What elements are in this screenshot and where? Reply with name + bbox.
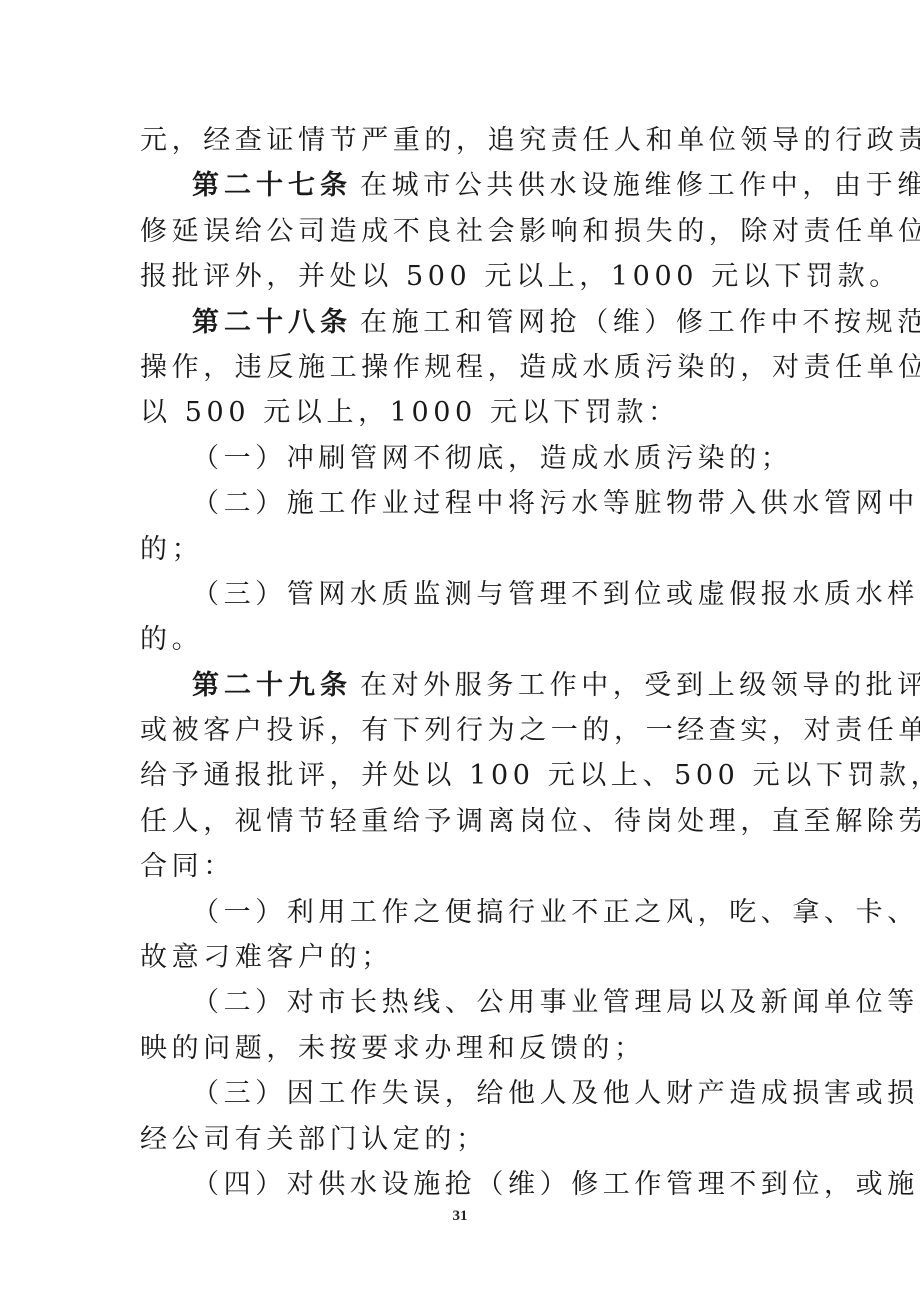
list-item: （一）利用工作之便搞行业不正之风，吃、拿、卡、要， <box>140 890 785 935</box>
text-line: 任人，视情节轻重给予调离岗位、待岗处理，直至解除劳动 <box>140 799 785 844</box>
article-text: 在对外服务工作中，受到上级领导的批评 <box>360 670 920 701</box>
text-line: 映的问题，未按要求办理和反馈的； <box>140 1026 785 1071</box>
article-text: 在城市公共供水设施维修工作中，由于维 <box>360 170 920 201</box>
article-text: 在施工和管网抢（维）修工作中不按规范 <box>360 307 920 338</box>
article-number: 第二十七条 <box>192 170 352 201</box>
text-line: 经公司有关部门认定的； <box>140 1117 785 1162</box>
text-line: 修延误给公司造成不良社会影响和损失的，除对责任单位通 <box>140 209 785 254</box>
article-27-line: 第二十七条在城市公共供水设施维修工作中，由于维 <box>140 163 785 208</box>
text-line: 或被客户投诉，有下列行为之一的，一经查实，对责任单位 <box>140 708 785 753</box>
text-line: 元，经查证情节严重的，追究责任人和单位领导的行政责任。 <box>140 118 785 163</box>
list-item: （二）对市长热线、公用事业管理局以及新闻单位等反 <box>140 980 785 1025</box>
page-number: 31 <box>0 1208 920 1225</box>
article-29-line: 第二十九条在对外服务工作中，受到上级领导的批评 <box>140 663 785 708</box>
text-line: 的。 <box>140 617 785 662</box>
list-item: （一）冲刷管网不彻底，造成水质污染的； <box>140 436 785 481</box>
article-28-line: 第二十八条在施工和管网抢（维）修工作中不按规范 <box>140 300 785 345</box>
text-line: 操作，违反施工操作规程，造成水质污染的，对责任单位处 <box>140 345 785 390</box>
text-line: 合同： <box>140 844 785 889</box>
list-item: （三）因工作失误，给他人及他人财产造成损害或损失， <box>140 1071 785 1116</box>
text-line: 报批评外，并处以 500 元以上，1000 元以下罚款。 <box>140 254 785 299</box>
text-line: 给予通报批评，并处以 100 元以上、500 元以下罚款，对责 <box>140 753 785 798</box>
list-item: （二）施工作业过程中将污水等脏物带入供水管网中 <box>140 481 785 526</box>
article-number: 第二十八条 <box>192 307 352 338</box>
article-number: 第二十九条 <box>192 670 352 701</box>
text-line: 故意刁难客户的； <box>140 935 785 980</box>
text-line: 的； <box>140 527 785 572</box>
list-item: （四）对供水设施抢（维）修工作管理不到位，或施工 <box>140 1162 785 1207</box>
document-page-body: 元，经查证情节严重的，追究责任人和单位领导的行政责任。 第二十七条在城市公共供水… <box>140 118 785 1207</box>
text-line: 以 500 元以上，1000 元以下罚款： <box>140 390 785 435</box>
list-item: （三）管网水质监测与管理不到位或虚假报水质水样 <box>140 572 785 617</box>
